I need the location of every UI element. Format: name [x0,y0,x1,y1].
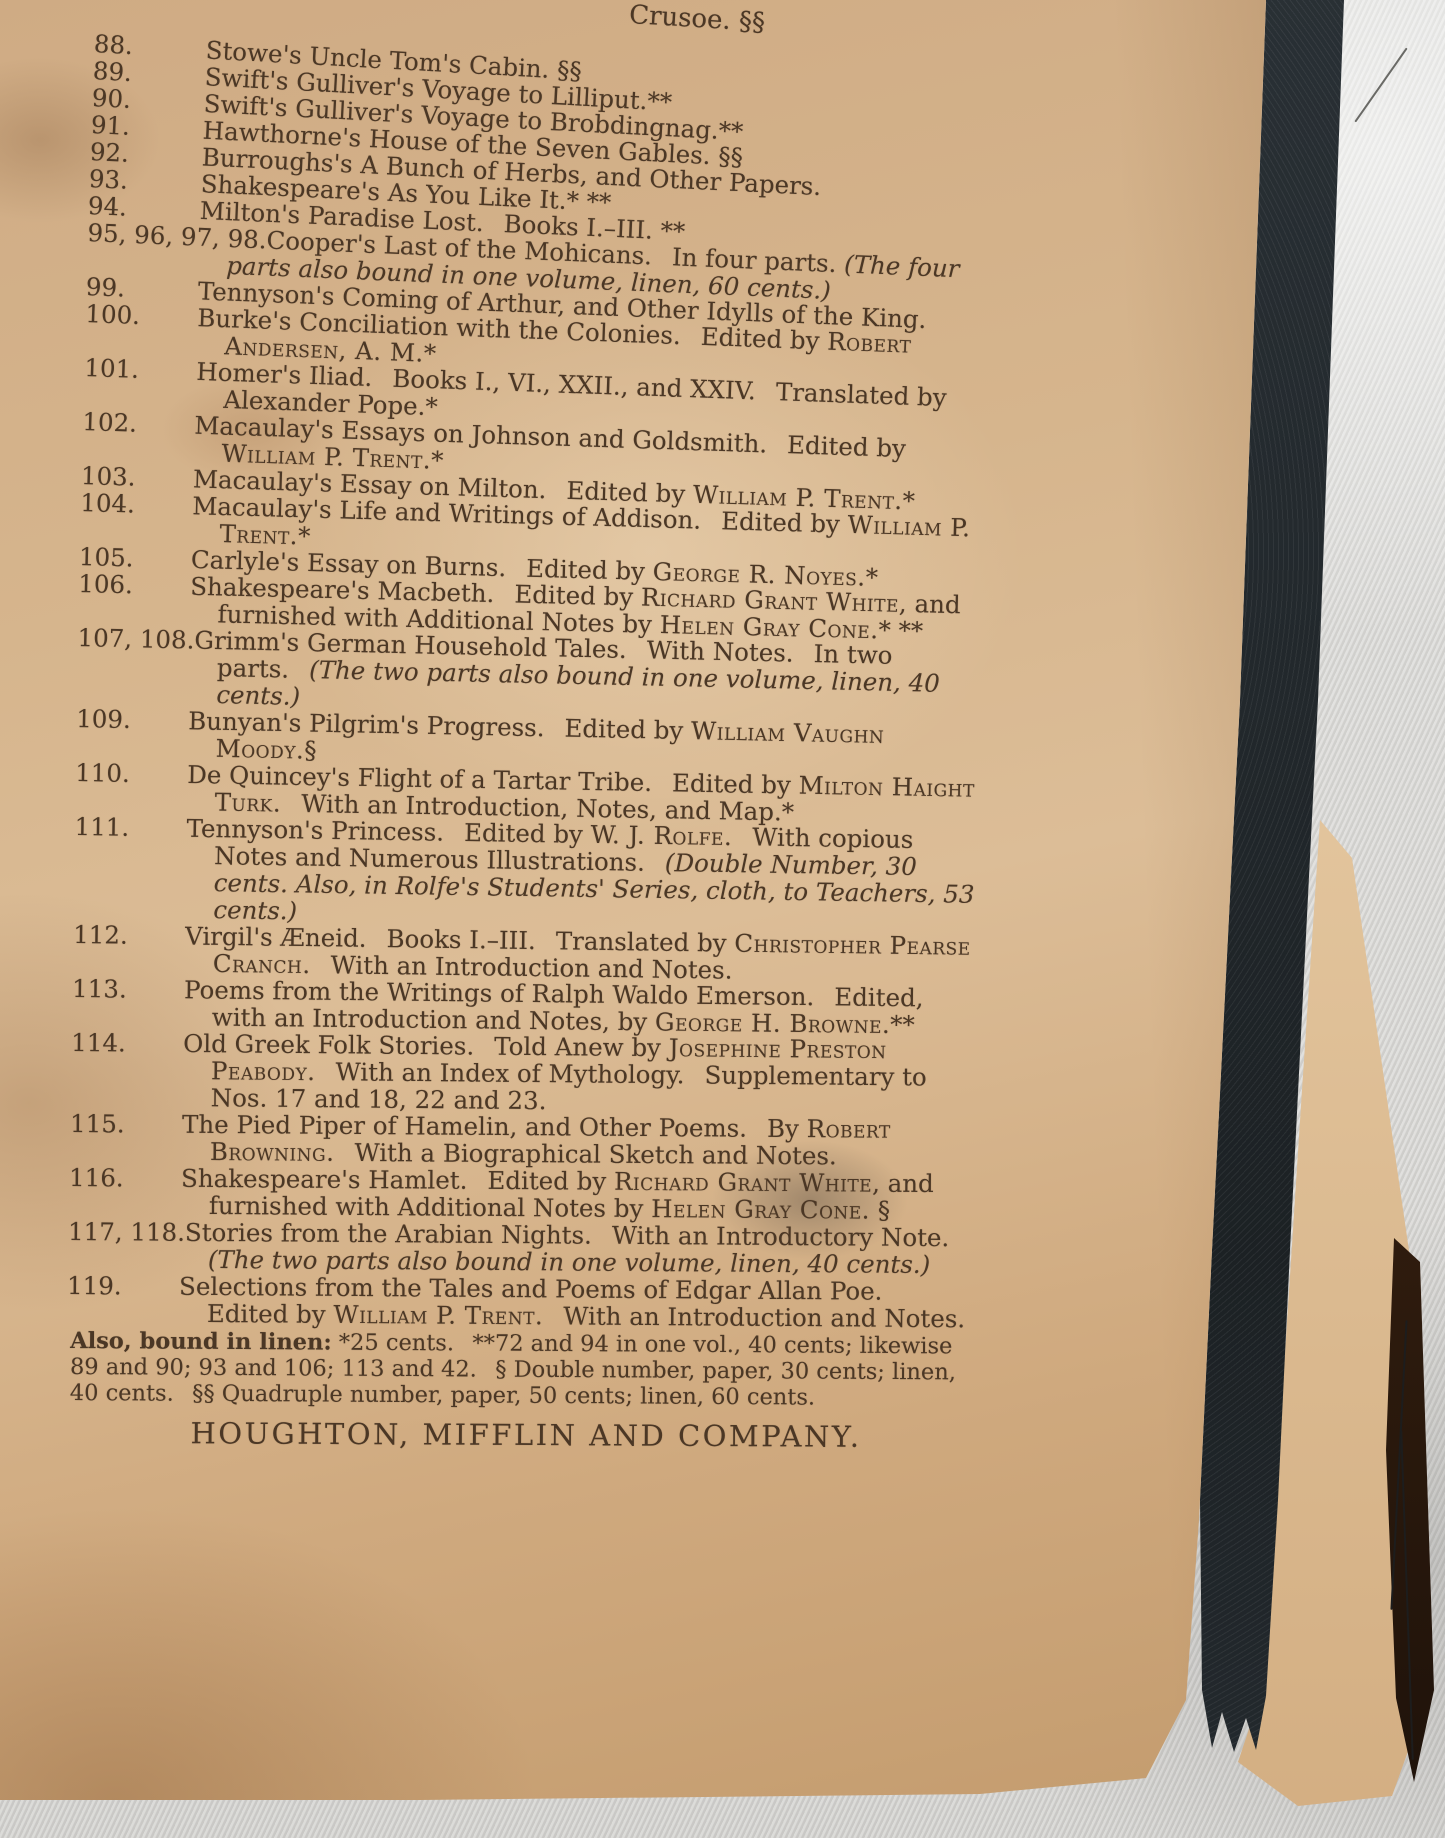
item-number: 110. [75,759,187,788]
item-number: 104. [80,489,193,519]
item-number: 101. [84,354,197,385]
item-number: 106. [78,570,191,600]
catalog-list-items: 88. Stowe's Uncle Tom's Cabin. §§89. Swi… [70,30,982,1326]
list-item: 111. Tennyson's Princess. Edited by W. J… [73,813,982,935]
item-number: 107, 108. [77,624,194,654]
item-number: 100. [85,300,198,331]
list-item: 119. Selections from the Tales and Poems… [67,1272,983,1332]
item-number: 115. [70,1110,182,1138]
list-item: 114. Old Greek Folk Stories. Told Anew b… [71,1029,983,1118]
item-number: 109. [76,705,189,734]
item-number: 102. [82,408,195,439]
item-number: 111. [75,813,187,842]
item-number: 116. [69,1164,181,1192]
list-item: 116. Shakespeare's Hamlet. Edited by Ric… [69,1164,983,1224]
item-number: 119. [67,1272,179,1300]
item-number: 113. [72,975,184,1003]
photo-of-book-page: Crusoe. §§ 88. Stowe's Uncle Tom's Cabin… [0,0,1445,1838]
footer-note: Also, bound in linen: *25 cents. **72 an… [70,1328,982,1412]
item-number: 117, 118. [68,1218,185,1246]
item-number: 114. [71,1029,183,1057]
publisher-line: HOUGHTON, MIFFLIN AND COMPANY. [70,1420,982,1452]
list-item: 117, 118. Stories from the Arabian Night… [68,1218,983,1278]
catalog-list: Crusoe. §§ 88. Stowe's Uncle Tom's Cabin… [70,2,982,1449]
item-number: 112. [73,921,185,949]
list-item: 115. The Pied Piper of Hamelin, and Othe… [70,1110,983,1170]
item-number: 95, 96, 97, 98. [87,219,267,253]
